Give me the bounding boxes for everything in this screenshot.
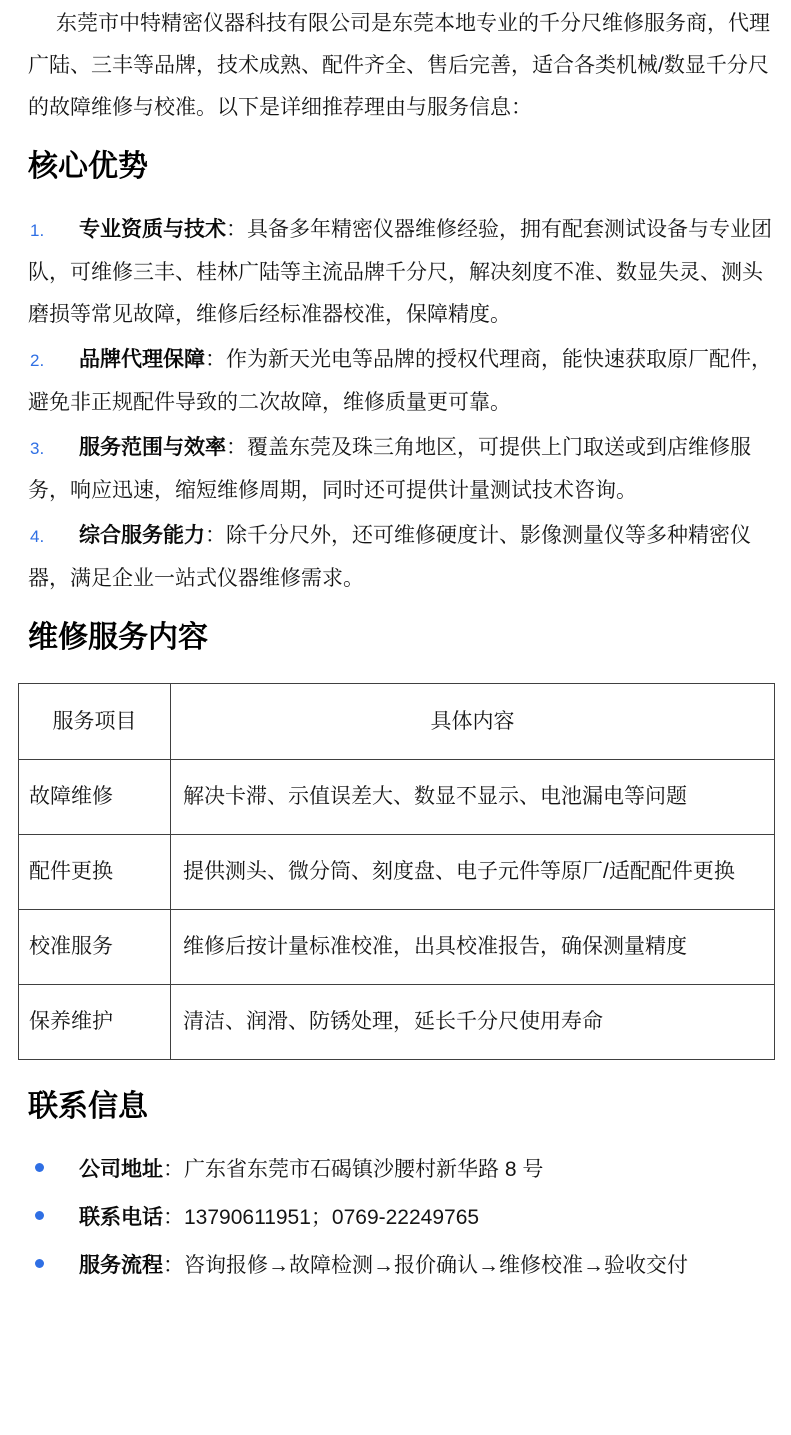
service-table: 服务项目 具体内容 故障维修 解决卡滞、示值误差大、数显不显示、电池漏电等问题 … bbox=[18, 683, 775, 1060]
table-row: 配件更换 提供测头、微分筒、刻度盘、电子元件等原厂/适配配件更换 bbox=[19, 835, 775, 910]
colon: ： bbox=[163, 1254, 184, 1277]
table-header-detail: 具体内容 bbox=[171, 684, 775, 760]
colon: ： bbox=[163, 1158, 184, 1181]
colon: ： bbox=[205, 348, 226, 371]
cell-service-item: 校准服务 bbox=[19, 910, 171, 985]
bullet-marker bbox=[28, 1149, 79, 1191]
contact-item-address: 公司地址：广东省东莞市石碣镇沙腰村新华路 8 号 bbox=[28, 1149, 775, 1191]
colon: ： bbox=[226, 218, 247, 241]
contact-label: 公司地址 bbox=[79, 1158, 163, 1181]
intro-paragraph: 东莞市中特精密仪器科技有限公司是东莞本地专业的千分尺维修服务商，代理广陆、三丰等… bbox=[28, 3, 775, 129]
table-row: 故障维修 解决卡滞、示值误差大、数显不显示、电池漏电等问题 bbox=[19, 760, 775, 835]
cell-service-item: 故障维修 bbox=[19, 760, 171, 835]
heading-core-advantages: 核心优势 bbox=[28, 145, 775, 189]
contact-value: 咨询报修→故障检测→报价确认→维修校准→验收交付 bbox=[184, 1254, 688, 1277]
bullet-marker bbox=[28, 1245, 79, 1287]
table-header-service-item: 服务项目 bbox=[19, 684, 171, 760]
cell-service-detail: 清洁、润滑、防锈处理，延长千分尺使用寿命 bbox=[171, 985, 775, 1060]
advantage-term: 品牌代理保障 bbox=[79, 348, 205, 371]
cell-service-item: 配件更换 bbox=[19, 835, 171, 910]
colon: ： bbox=[205, 524, 226, 547]
list-number: 2. bbox=[28, 340, 79, 382]
bullet-icon bbox=[35, 1259, 44, 1268]
list-number: 3. bbox=[28, 428, 79, 470]
contact-label: 联系电话 bbox=[79, 1206, 163, 1229]
advantage-item-2: 2.品牌代理保障：作为新天光电等品牌的授权代理商，能快速获取原厂配件，避免非正规… bbox=[28, 339, 775, 424]
advantage-item-4: 4.综合服务能力：除千分尺外，还可维修硬度计、影像测量仪等多种精密仪器，满足企业… bbox=[28, 515, 775, 600]
document: 东莞市中特精密仪器科技有限公司是东莞本地专业的千分尺维修服务商，代理广陆、三丰等… bbox=[0, 0, 791, 1435]
bullet-icon bbox=[35, 1211, 44, 1220]
advantage-term: 服务范围与效率 bbox=[79, 436, 226, 459]
heading-service-content: 维修服务内容 bbox=[28, 616, 775, 660]
contact-item-process: 服务流程：咨询报修→故障检测→报价确认→维修校准→验收交付 bbox=[28, 1245, 775, 1287]
table-header-row: 服务项目 具体内容 bbox=[19, 684, 775, 760]
colon: ： bbox=[226, 436, 247, 459]
heading-contact-info: 联系信息 bbox=[28, 1085, 775, 1129]
cell-service-detail: 维修后按计量标准校准，出具校准报告，确保测量精度 bbox=[171, 910, 775, 985]
advantage-item-1: 1.专业资质与技术：具备多年精密仪器维修经验，拥有配套测试设备与专业团队，可维修… bbox=[28, 209, 775, 336]
colon: ： bbox=[163, 1206, 184, 1229]
cell-service-detail: 解决卡滞、示值误差大、数显不显示、电池漏电等问题 bbox=[171, 760, 775, 835]
advantage-term: 综合服务能力 bbox=[79, 524, 205, 547]
contact-item-phone: 联系电话：13790611951；0769-22249765 bbox=[28, 1197, 775, 1239]
cell-service-item: 保养维护 bbox=[19, 985, 171, 1060]
advantage-item-3: 3.服务范围与效率：覆盖东莞及珠三角地区，可提供上门取送或到店维修服务，响应迅速… bbox=[28, 427, 775, 512]
contact-value: 广东省东莞市石碣镇沙腰村新华路 8 号 bbox=[184, 1158, 543, 1181]
bullet-icon bbox=[35, 1163, 44, 1172]
contact-value: 13790611951；0769-22249765 bbox=[184, 1206, 479, 1229]
table-row: 保养维护 清洁、润滑、防锈处理，延长千分尺使用寿命 bbox=[19, 985, 775, 1060]
list-number: 4. bbox=[28, 516, 79, 558]
table-row: 校准服务 维修后按计量标准校准，出具校准报告，确保测量精度 bbox=[19, 910, 775, 985]
contact-label: 服务流程 bbox=[79, 1254, 163, 1277]
list-number: 1. bbox=[28, 210, 79, 252]
advantage-term: 专业资质与技术 bbox=[79, 218, 226, 241]
bullet-marker bbox=[28, 1197, 79, 1239]
cell-service-detail: 提供测头、微分筒、刻度盘、电子元件等原厂/适配配件更换 bbox=[171, 835, 775, 910]
